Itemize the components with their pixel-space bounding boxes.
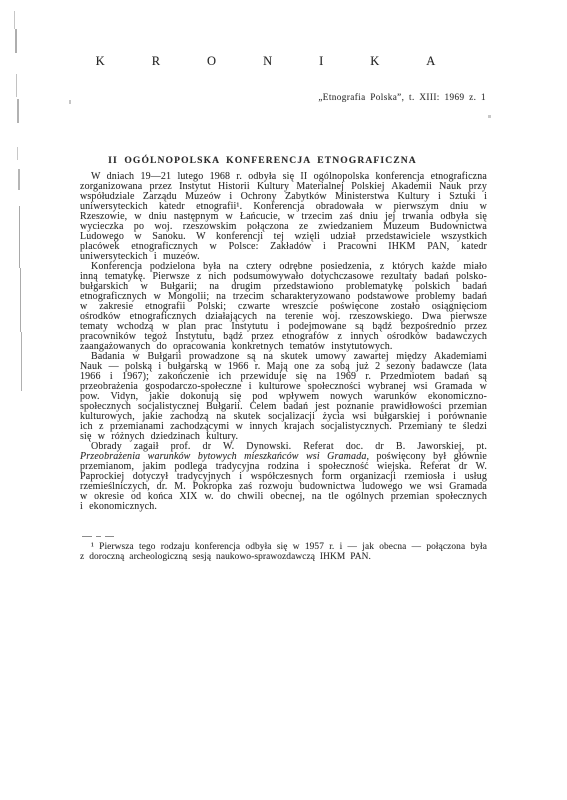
paragraph-text: W dniach 19—21 lutego 1968 r. odbyła się… xyxy=(80,171,487,262)
article-title-row: II OGÓLNOPOLSKA KONFERENCJA ETNOGRAFICZN… xyxy=(59,150,466,168)
article-title: II OGÓLNOPOLSKA KONFERENCJA ETNOGRAFICZN… xyxy=(108,155,417,166)
separator-dash xyxy=(96,536,101,537)
separator-dash xyxy=(105,536,114,537)
document-page: KRONIKA „Etnografia Polska”, t. XIII: 19… xyxy=(0,0,567,800)
scan-artifact-line xyxy=(16,74,17,97)
footnote-separator xyxy=(82,536,114,537)
separator-dash xyxy=(82,536,92,537)
scan-artifact-line xyxy=(17,147,18,160)
paragraph: Konferencja podzielona była na cztery od… xyxy=(80,262,487,352)
scan-artifact-line xyxy=(20,268,21,332)
scan-artifact-speck xyxy=(69,100,71,104)
section-header-row: KRONIKA xyxy=(0,54,549,69)
paragraph: W dniach 19—21 lutego 1968 r. odbyła się… xyxy=(80,172,487,262)
footnote-text: ¹ Pierwsza tego rodzaju konferencja odby… xyxy=(80,542,487,562)
scan-artifact-speck xyxy=(488,115,491,118)
journal-reference: „Etnografia Polska”, t. XIII: 1969 z. 1 xyxy=(318,92,486,102)
scan-artifact-line xyxy=(19,206,20,268)
scan-artifact-line xyxy=(21,332,22,391)
section-header: KRONIKA xyxy=(96,54,483,69)
article-body: W dniach 19—21 lutego 1968 r. odbyła się… xyxy=(80,172,487,512)
scan-artifact-line xyxy=(14,11,15,29)
paragraph-text: Badania w Bułgarii prowadzone są na skut… xyxy=(80,351,487,442)
scan-artifact-line xyxy=(18,169,20,190)
paragraph-text: , poświęcony był głównie przemianom, jak… xyxy=(80,451,487,512)
paragraph: Badania w Bułgarii prowadzone są na skut… xyxy=(80,352,487,442)
scan-artifact-line xyxy=(17,99,19,123)
footnote-block: ¹ Pierwsza tego rodzaju konferencja odby… xyxy=(80,542,487,562)
scan-artifact-line xyxy=(15,29,17,53)
paragraph-text: Konferencja podzielona była na cztery od… xyxy=(80,261,487,352)
paragraph: Obrady zagaił prof. dr W. Dynowski. Refe… xyxy=(80,442,487,512)
